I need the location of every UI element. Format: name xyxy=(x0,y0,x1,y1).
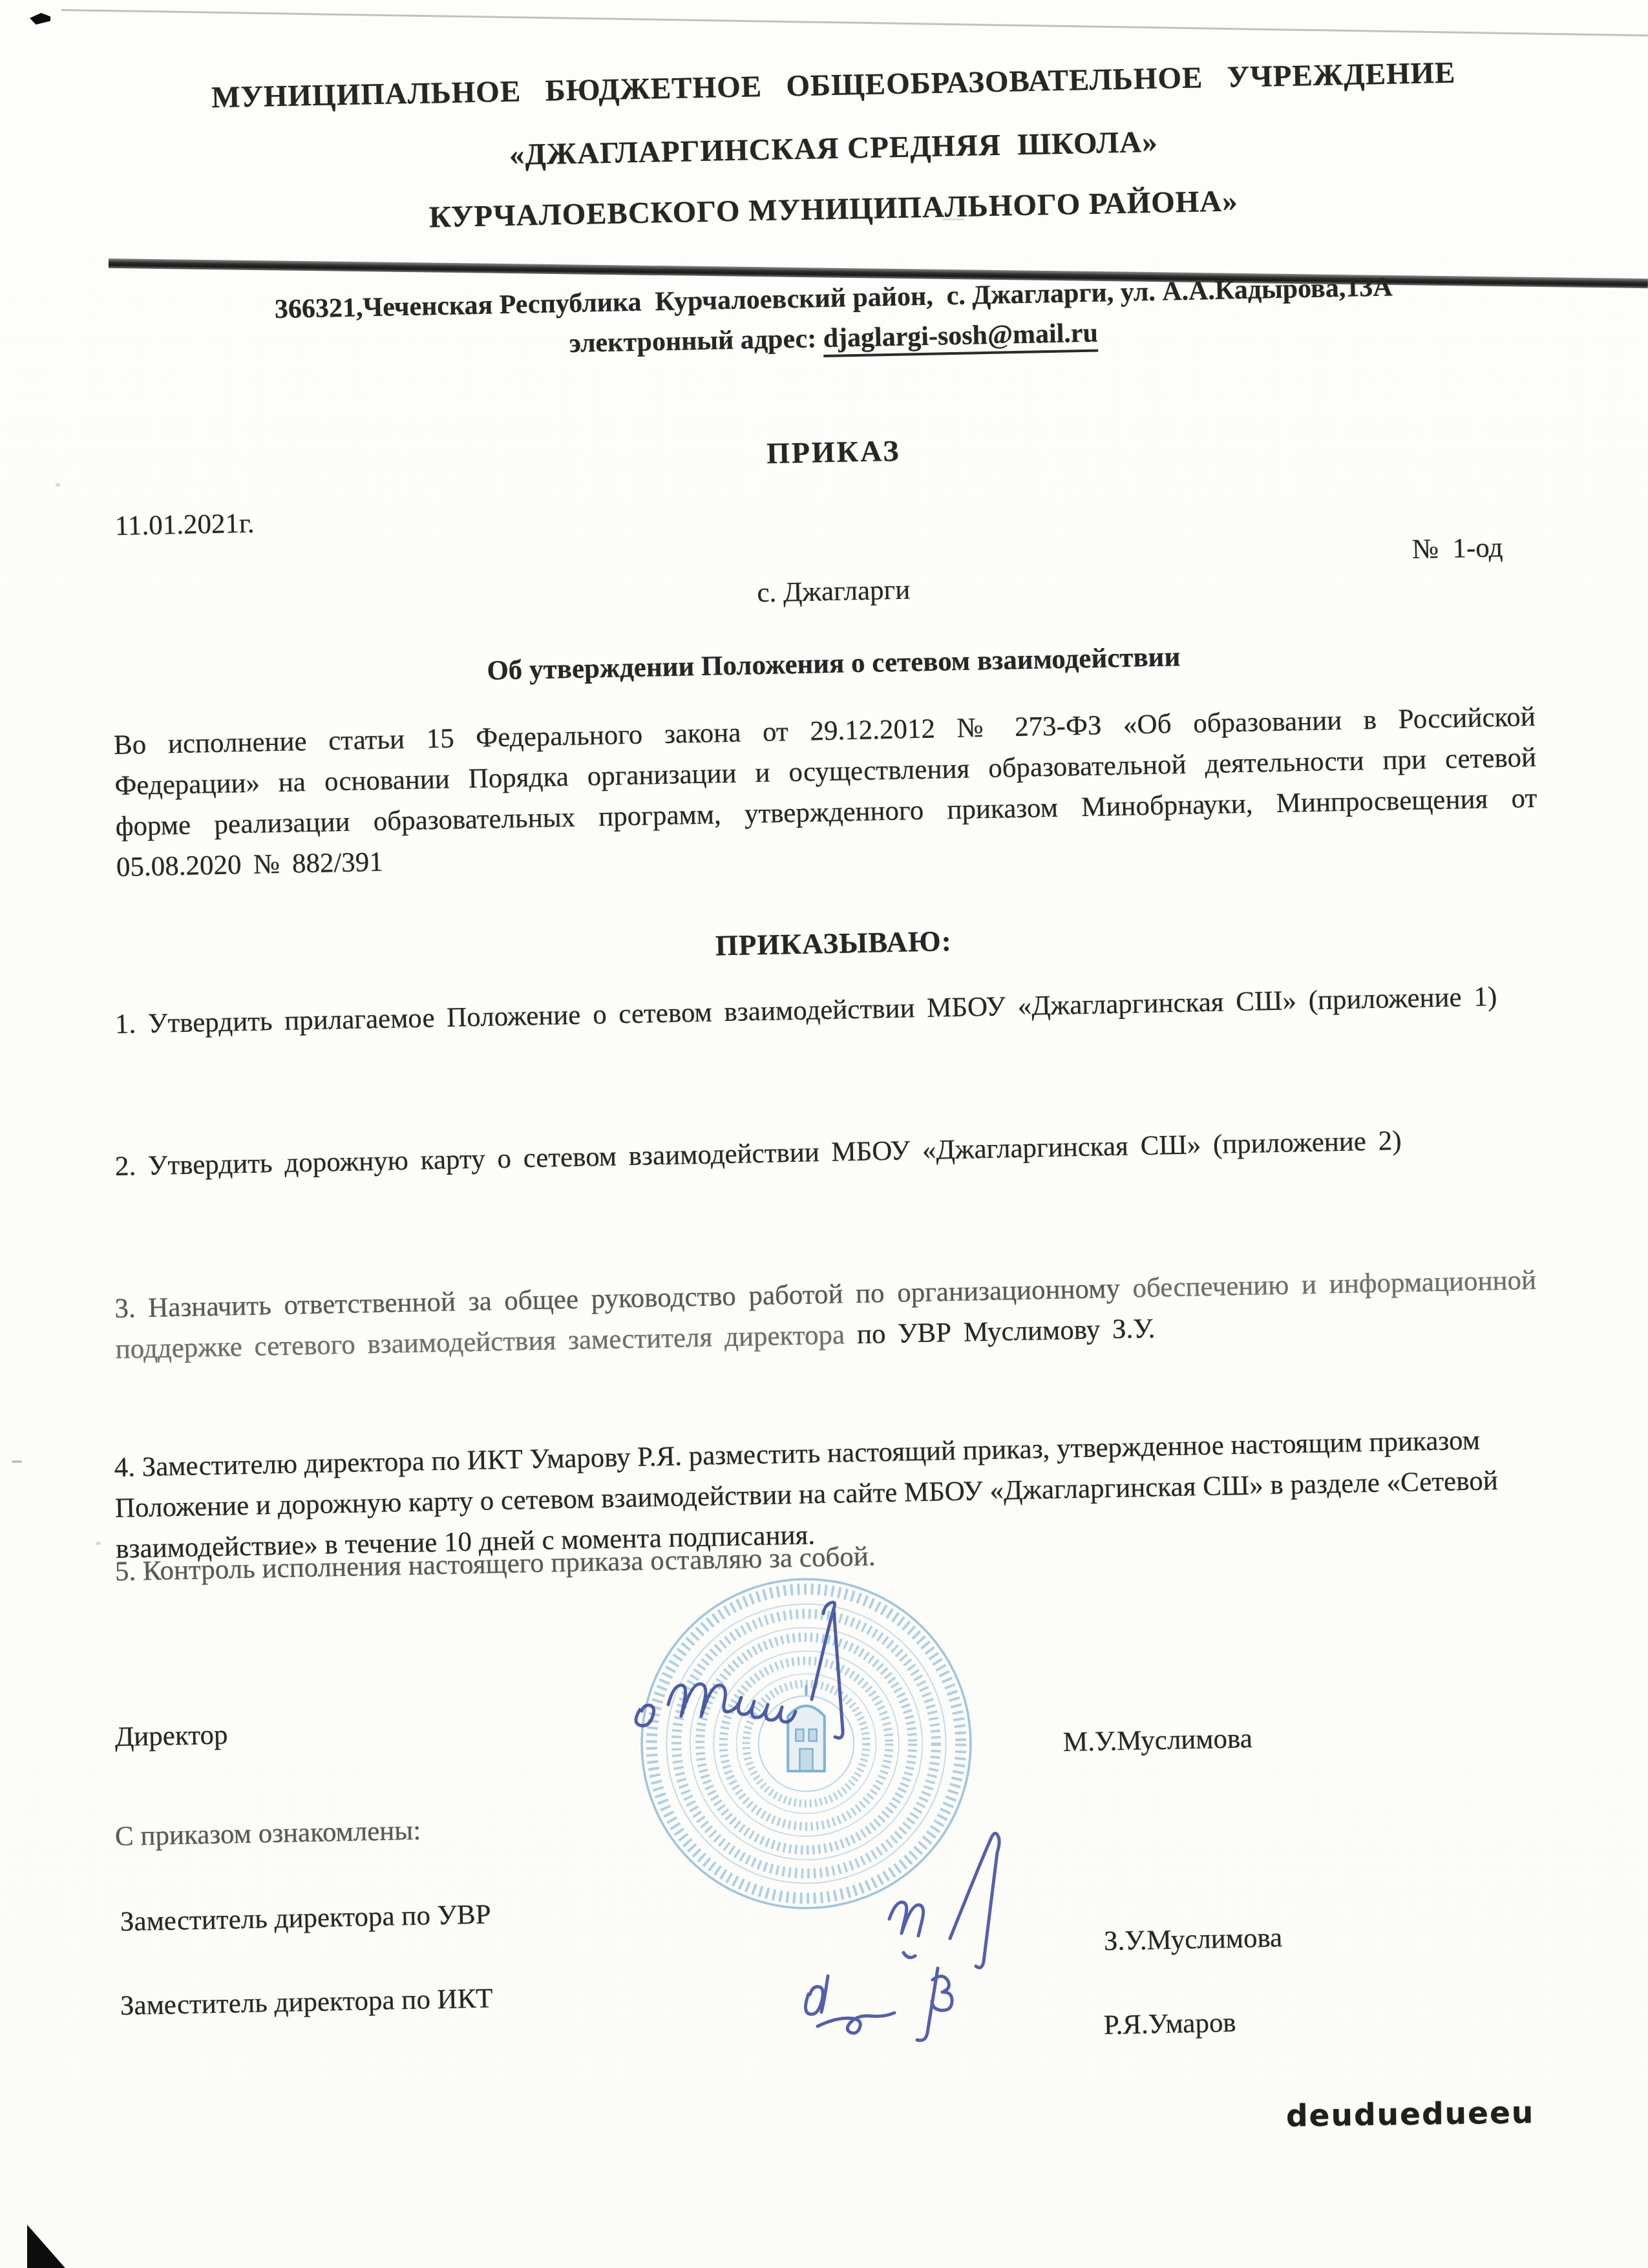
order-item-2: 2. Утвердить дорожную карту о сетевом вз… xyxy=(114,1118,1537,1187)
scan-corner-mark-top-left xyxy=(30,13,50,25)
order-command-word: ПРИКАЗЫВАЮ: xyxy=(90,908,1577,980)
order-place: с. Джагларги xyxy=(90,557,1577,626)
scanned-document-page: МУНИЦИПАЛЬНОЕ БЮДЖЕТНОЕ ОБЩЕОБРАЗОВАТЕЛЬ… xyxy=(0,0,1648,2268)
order-item-1: 1. Утвердить прилагаемое Положение о сет… xyxy=(114,976,1537,1045)
bleed-through-mirrored-text: deudueduееu xyxy=(1286,2092,1535,2138)
director-signature-icon xyxy=(620,1590,898,1764)
email-address: djaglargi-sosh@mail.ru xyxy=(823,319,1098,358)
letterhead-line-3: КУРЧАЛОЕВСКОГО МУНИЦИПАЛЬНОГО РАЙОНА» xyxy=(90,173,1577,246)
deputy-uvr-label: Заместитель директора по УВР xyxy=(120,1895,491,1942)
scan-speck xyxy=(942,218,964,220)
director-label: Директор xyxy=(114,1716,228,1758)
scan-speck xyxy=(56,483,60,487)
letterhead-line-2: «ДЖАГЛАРГИНСКАЯ СРЕДНЯЯ ШКОЛА» xyxy=(90,112,1577,185)
order-title: ПРИКАЗ xyxy=(90,416,1577,488)
scan-edge-line xyxy=(61,9,1648,36)
order-date: 11.01.2021г. xyxy=(114,504,255,546)
order-item-3-tail: по УВР Муслимову З.У. xyxy=(856,1314,1155,1350)
director-name: М.У.Муслимова xyxy=(1062,1719,1252,1762)
scan-speck xyxy=(12,1460,22,1463)
order-subject: Об утверждении Положения о сетевом взаим… xyxy=(90,629,1577,698)
deputy-ikt-signature-icon xyxy=(792,1954,979,2064)
order-preamble: Во исполнение статьи 15 Федерального зак… xyxy=(113,697,1538,888)
letterhead-line-1: МУНИЦИПАЛЬНОЕ БЮДЖЕТНОЕ ОБЩЕОБРАЗОВАТЕЛЬ… xyxy=(90,49,1577,122)
deputy-uvr-name: З.У.Муслимова xyxy=(1103,1918,1282,1961)
deputy-ikt-label: Заместитель директора по ИКТ xyxy=(120,1979,493,2026)
scan-corner-mark-bottom-left xyxy=(27,2219,69,2268)
deputy-ikt-name: Р.Я.Умаров xyxy=(1103,2003,1236,2045)
acknowledged-label: С приказом ознакомлены: xyxy=(114,1811,421,1857)
order-item-3: 3. Назначить ответственной за общее руко… xyxy=(114,1260,1537,1370)
email-label: электронный адрес: xyxy=(569,324,823,359)
scan-speck xyxy=(96,1542,101,1545)
